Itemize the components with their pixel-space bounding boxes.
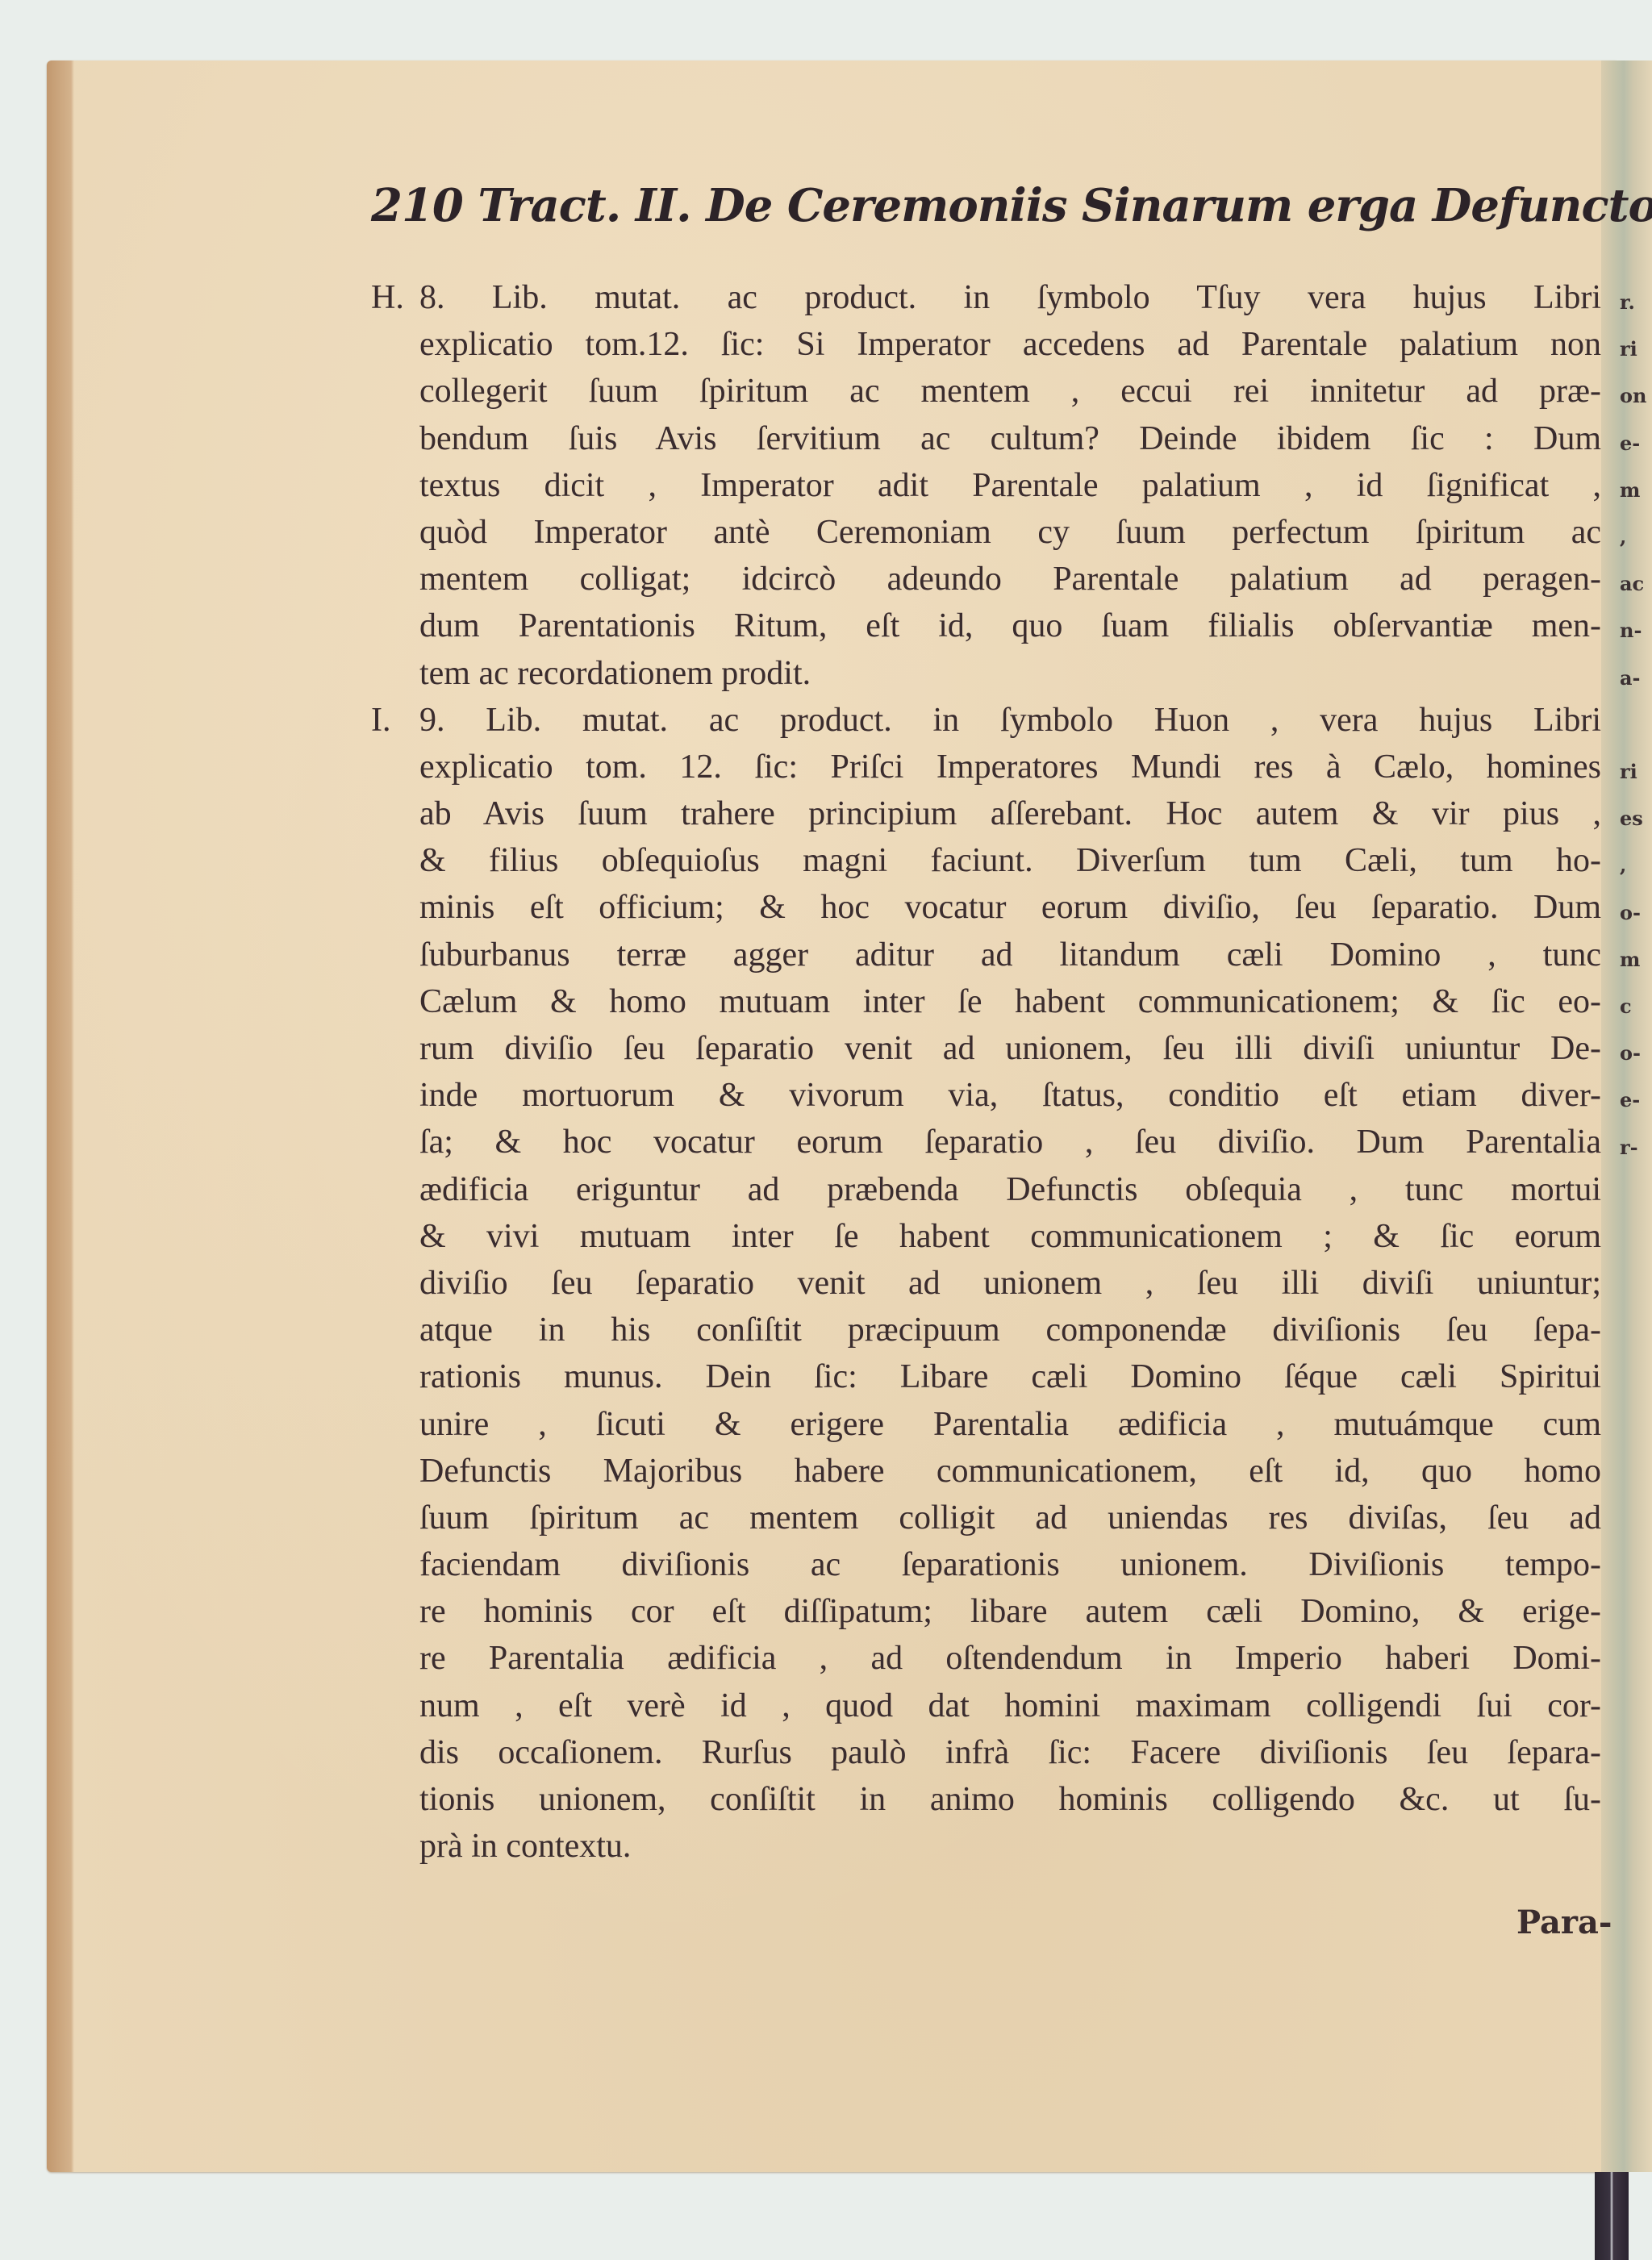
text-line: textus dicit , Imperator adit Parentale … — [371, 462, 1601, 509]
facing-fragment: e- — [1620, 1088, 1640, 1111]
text-line: rum diviſio ſeu ſeparatio venit ad union… — [371, 1025, 1601, 1072]
facing-fragment: , — [1620, 853, 1626, 877]
text-line: faciendam diviſionis ac ſeparationis uni… — [371, 1541, 1601, 1588]
text-line: ſa; & hoc vocatur eorum ſeparatio , ſeu … — [371, 1119, 1601, 1165]
text-line: quòd Imperator antè Ceremoniam cy ſuum p… — [371, 509, 1601, 556]
page-number: 210 — [371, 179, 463, 232]
text-line: re Parentalia ædificia , ad oſtendendum … — [371, 1635, 1601, 1682]
text-line: & vivi mutuam inter ſe habent communicat… — [371, 1213, 1601, 1260]
section-label-h: H. — [371, 274, 419, 321]
text-line: re hominis cor eſt diſſipatum; libare au… — [371, 1588, 1601, 1635]
text-line: Defunctis Majoribus habere communication… — [371, 1448, 1601, 1495]
text-line: explicatio tom. 12. ſic: Priſci Imperato… — [371, 744, 1601, 790]
text-line: H. 8. Lib. mutat. ac product. in ſymbolo… — [371, 274, 1601, 321]
text-line: Cælum & homo mutuam inter ſe habent comm… — [371, 978, 1601, 1025]
text-line: diviſio ſeu ſeparatio venit ad unionem ,… — [371, 1260, 1601, 1307]
text-line: mentem colligat; idcircò adeundo Parenta… — [371, 556, 1601, 603]
text-line: unire , ſicuti & erigere Parentalia ædif… — [371, 1401, 1601, 1448]
facing-fragment: m — [1620, 478, 1640, 502]
text-line: dis occaſionem. Rurſus paulò infrà ſic: … — [371, 1729, 1601, 1776]
text-line: ſuburbanus terræ agger aditur ad litandu… — [371, 932, 1601, 978]
facing-fragment: r. — [1620, 290, 1635, 314]
facing-fragment: ri — [1620, 760, 1637, 783]
facing-fragment: ac — [1620, 572, 1644, 595]
text-line: & filius obſequioſus magni faciunt. Dive… — [371, 837, 1601, 884]
text-line: bendum ſuis Avis ſervitium ac cultum? De… — [371, 415, 1601, 462]
text-line: prà in contextu. — [371, 1823, 1601, 1870]
running-title: Tract. II. De Ceremoniis Sinarum erga De… — [478, 179, 1652, 232]
facing-fragment: a- — [1620, 666, 1641, 690]
text-line: ſuum ſpiritum ac mentem colligit ad unie… — [371, 1495, 1601, 1541]
text-line: I. 9. Lib. mutat. ac product. in ſymbolo… — [371, 697, 1601, 744]
text-line: ab Avis ſuum trahere principium aſſereba… — [371, 790, 1601, 837]
facing-fragment: m — [1620, 948, 1640, 971]
book-spine — [1595, 2172, 1629, 2260]
text-line: inde mortuorum & vivorum via, ſtatus, co… — [371, 1072, 1601, 1119]
facing-fragment: n- — [1620, 619, 1642, 642]
page-body: H. 8. Lib. mutat. ac product. in ſymbolo… — [371, 274, 1601, 1870]
facing-page-edge: r.rione-m,acn-a-ries,o-mco-e-r- — [1620, 0, 1652, 2172]
facing-fragment: o- — [1620, 1041, 1641, 1065]
facing-fragment: o- — [1620, 901, 1641, 924]
text-line: tem ac recordationem prodit. — [371, 650, 1601, 697]
facing-fragment: c — [1620, 994, 1632, 1018]
facing-fragment: r- — [1620, 1136, 1638, 1159]
text-line: ædificia eriguntur ad præbenda Defunctis… — [371, 1166, 1601, 1213]
facing-fragment: es — [1620, 807, 1643, 830]
text-line: minis eſt officium; & hoc vocatur eorum … — [371, 884, 1601, 931]
text-line: tionis unionem, conſiſtit in animo homin… — [371, 1776, 1601, 1823]
text-line: atque in his conſiſtit præcipuum compone… — [371, 1307, 1601, 1353]
facing-fragment: e- — [1620, 432, 1640, 455]
facing-fragment: , — [1620, 525, 1626, 548]
catchword: Para- — [1516, 1903, 1612, 1941]
text-line: collegerit ſuum ſpiritum ac mentem , ecc… — [371, 368, 1601, 415]
running-header: 210 Tract. II. De Ceremoniis Sinarum erg… — [371, 179, 1597, 232]
section-label-i: I. — [371, 697, 419, 744]
facing-fragment: on — [1620, 384, 1646, 407]
text-line: explicatio tom.12. ſic: Si Imperator acc… — [371, 321, 1601, 368]
text-line: num , eſt verè id , quod dat homini maxi… — [371, 1682, 1601, 1729]
facing-fragment: ri — [1620, 337, 1637, 361]
text-line: dum Parentationis Ritum, eſt id, quo ſua… — [371, 603, 1601, 649]
text-line: rationis munus. Dein ſic: Libare cæli Do… — [371, 1353, 1601, 1400]
